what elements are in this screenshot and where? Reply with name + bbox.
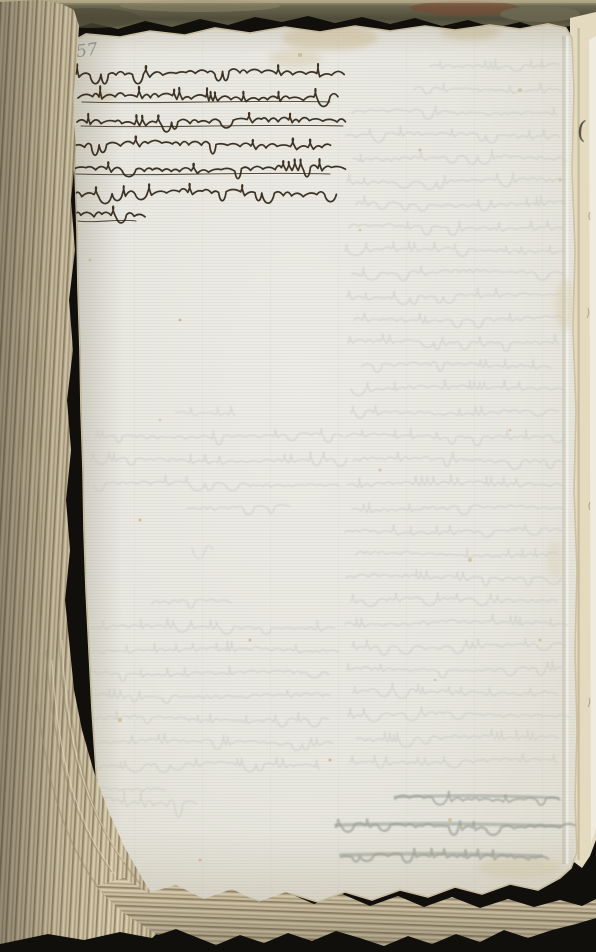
- page-gap-shadow: [578, 28, 580, 860]
- manuscript-scan: 57 (: [0, 0, 596, 952]
- book-page-svg: 57 (: [0, 0, 596, 952]
- page-number: 57: [75, 39, 99, 62]
